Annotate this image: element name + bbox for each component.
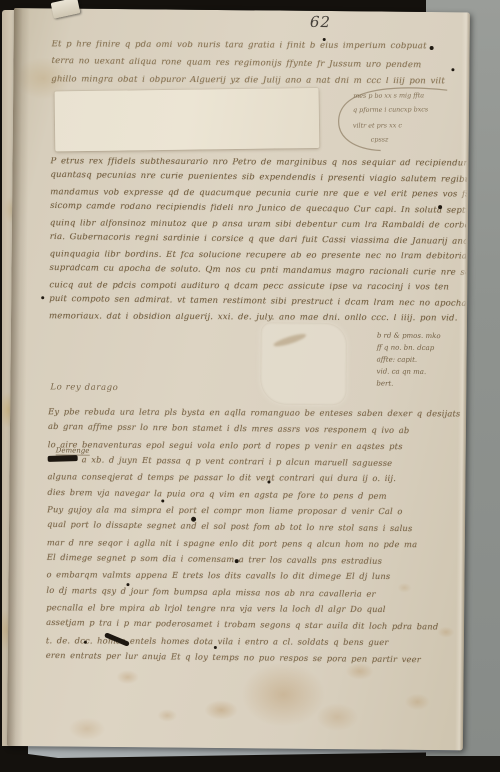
manuscript-line: cuicq aut de pdcis compoti audituro q dc…: [49, 281, 465, 293]
catalan-letter-block: Ey pbe rebuda ura letra pls bysta en aql…: [14, 8, 470, 12]
ink-speck: [267, 480, 270, 483]
manuscript-line: memoriaux. dat i obsidion alguerij. xxi.…: [49, 312, 465, 324]
manuscript-line: Puy gujoy ala ma simpra el port el compr…: [47, 505, 463, 516]
manuscript-line: a xb. d juyn Et passa q p vent contrari …: [82, 455, 464, 469]
ink-speck: [161, 499, 164, 502]
encircled-margin-note: mes p bo xx s mig ffta q pforme i cuncxp…: [327, 81, 470, 160]
manuscript-line: ab gran affme pssr lo nre bon stamet i d…: [48, 422, 464, 436]
folio-number: 62: [310, 13, 350, 31]
manuscript-line: assetjam p tra i p mar poderosamet i tro…: [46, 618, 462, 632]
note-line: bert.: [376, 379, 393, 387]
top-text-block: Et p hre finire q pda omi vob nuris tara…: [14, 8, 470, 12]
manuscript-line: Et p hre finire q pda omi vob nuris tara…: [52, 40, 468, 52]
note-line: viltr et prs xx c: [353, 121, 402, 129]
manuscript-line: eren entrats per lur anuja Et q loy temp…: [46, 651, 462, 665]
manuscript-line: supradcam cu apocha de soluto. Qm nos cu…: [49, 264, 465, 278]
manuscript-line: ria. Gubernacoris regni sardinie i corsi…: [50, 233, 466, 247]
manuscript-photo: 62 Et p hre finire q pda omi vob nuris t…: [0, 0, 500, 772]
latin-letter-block: P etrus rex ffidels subthesaurario nro P…: [14, 8, 470, 12]
note-line: cpssz: [371, 135, 389, 143]
note-line: mes p bo xx s mig ffta: [353, 91, 424, 100]
manuscript-line: pecnalla el bre mpira ab lrjol tengre nr…: [46, 603, 462, 614]
note-line: q pforme i cuncxp bxcs: [353, 105, 428, 114]
manuscript-page: 62 Et p hre finire q pda omi vob nuris t…: [7, 8, 470, 750]
ink-speck: [126, 583, 129, 586]
pasted-blank-slip: [55, 88, 320, 151]
margin-note: b rd & pmos. mko ff q no. bn. dcap affte…: [377, 331, 469, 332]
manuscript-line: qual port lo dissapte segnet and el sol …: [47, 520, 463, 534]
manuscript-line: terra no uexant aliqua rone quam res reg…: [51, 57, 467, 71]
struck-out-word: [48, 455, 78, 462]
manuscript-line: lo aire benaventuras epol segui vola enl…: [48, 440, 464, 451]
note-line: b rd & pmos. mko: [377, 331, 441, 340]
ink-speck: [41, 296, 44, 299]
manuscript-line: dies brem vja navegar la puia ora q vim …: [47, 488, 463, 502]
manuscript-line: alguna conseqjerat d temps pe passar lo …: [47, 472, 463, 483]
manuscript-line: mandamus vob expresse qd de quacumque pe…: [50, 188, 466, 200]
ink-speck: [191, 517, 196, 522]
manuscript-line: quinq libr alfonsinoz minutoz que p ansa…: [50, 219, 466, 231]
ink-speck: [235, 559, 239, 563]
note-line: affte: capit.: [377, 355, 418, 363]
letter-heading: Lo rey darago: [50, 382, 118, 393]
note-line: vid. ca qn ma.: [376, 367, 426, 375]
ink-speck: [323, 38, 326, 41]
manuscript-line: mar d nre seqor i aglla nit i spagne enl…: [47, 538, 463, 549]
ink-speck: [84, 641, 87, 644]
note-line: ff q no. bn. dcap: [377, 343, 435, 352]
ink-speck: [214, 646, 217, 649]
manuscript-line: quinquagia libr bordins. Et fca solucion…: [50, 250, 466, 262]
manuscript-line: lo dj marts qsy d jour fom bumpsa apla m…: [46, 586, 462, 600]
ink-speck: [438, 205, 442, 209]
manuscript-line: Ey pbe rebuda ura letra pls bysta en aql…: [48, 407, 464, 418]
ink-speck: [430, 46, 434, 50]
manuscript-line: puit compoto sen admirat. vt tamen resti…: [49, 295, 465, 309]
manuscript-line: El dimege segnet p som dia i comensam a …: [47, 553, 463, 567]
manuscript-line: sicomp camde rodano recipiendis fideli n…: [50, 202, 466, 216]
manuscript-line: quantasq pecunias nre curie puenientes s…: [50, 171, 466, 185]
manuscript-line: o embarqm valmts appena E trets los dits…: [47, 570, 463, 581]
ink-speck: [451, 68, 454, 71]
